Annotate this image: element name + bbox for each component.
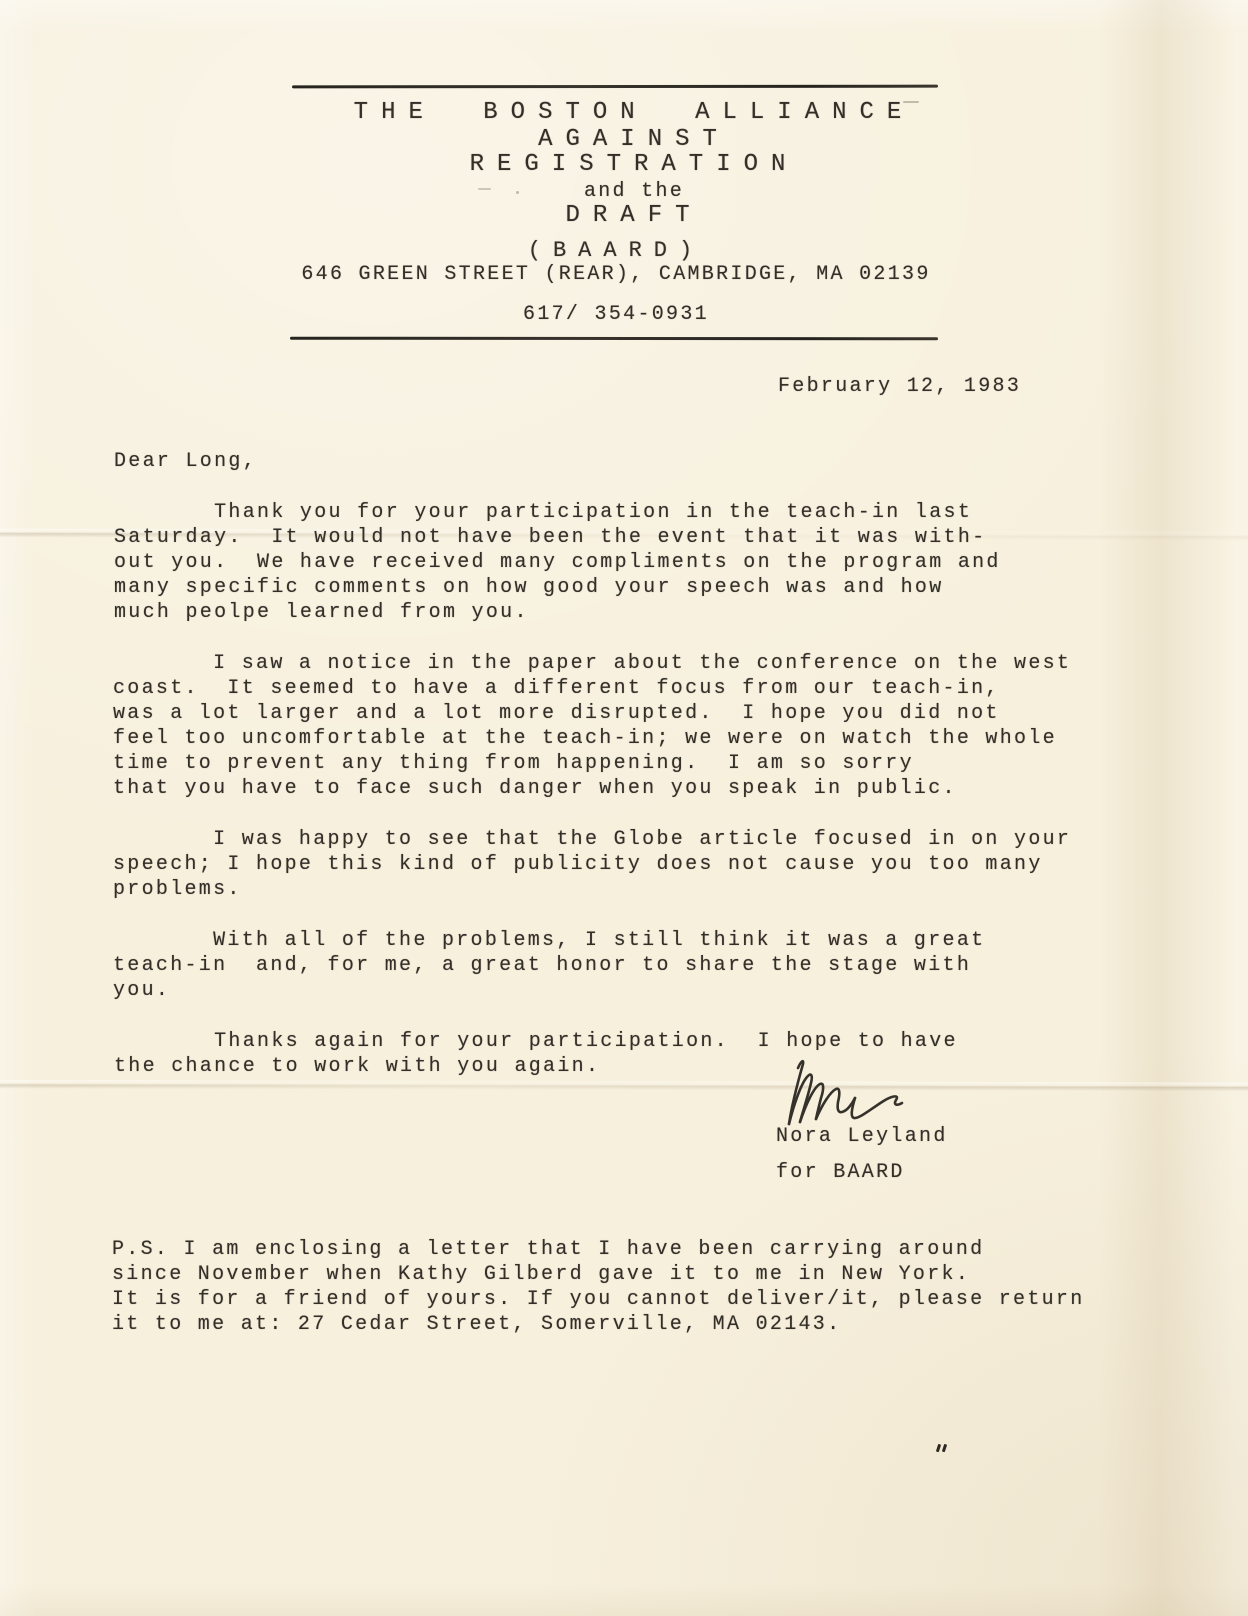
org-phone: 617/ 354-0931	[280, 302, 952, 327]
org-name-line-1: THE BOSTON ALLIANCE	[280, 100, 988, 126]
org-name-line-3: REGISTRATION	[280, 152, 988, 178]
pencil-mark	[478, 188, 491, 190]
postscript: P.S. I am enclosing a letter that I have…	[112, 1237, 1085, 1337]
handwritten-signature	[768, 1056, 918, 1134]
letterhead-rule-bottom	[290, 337, 938, 341]
org-address: 646 GREEN STREET (REAR), CAMBRIDGE, MA 0…	[280, 262, 952, 287]
signature-org-line: for BAARD	[776, 1160, 905, 1185]
org-name-line-2: AGAINST	[280, 127, 988, 153]
body-paragraph-1: Thank you for your participation in the …	[114, 500, 1001, 625]
ink-speck	[936, 1444, 948, 1453]
letterhead-rule-top	[292, 85, 938, 89]
paper-fold-crease-bottom	[0, 1080, 1248, 1092]
signature-typed-name: Nora Leyland	[776, 1124, 948, 1149]
salutation: Dear Long,	[114, 449, 257, 474]
pencil-mark	[903, 101, 919, 103]
body-paragraph-3: I was happy to see that the Globe articl…	[113, 827, 1071, 902]
scanned-letter-page: THE BOSTON ALLIANCE AGAINST REGISTRATION…	[0, 0, 1248, 1616]
body-paragraph-4: With all of the problems, I still think …	[113, 928, 985, 1003]
org-acronym: (BAARD)	[280, 238, 952, 263]
org-name-line-4: and the	[280, 179, 988, 204]
date-line: February 12, 1983	[778, 374, 1021, 399]
pencil-dot	[516, 191, 519, 194]
org-name-line-5: DRAFT	[280, 203, 988, 229]
body-paragraph-2: I saw a notice in the paper about the co…	[113, 651, 1071, 801]
